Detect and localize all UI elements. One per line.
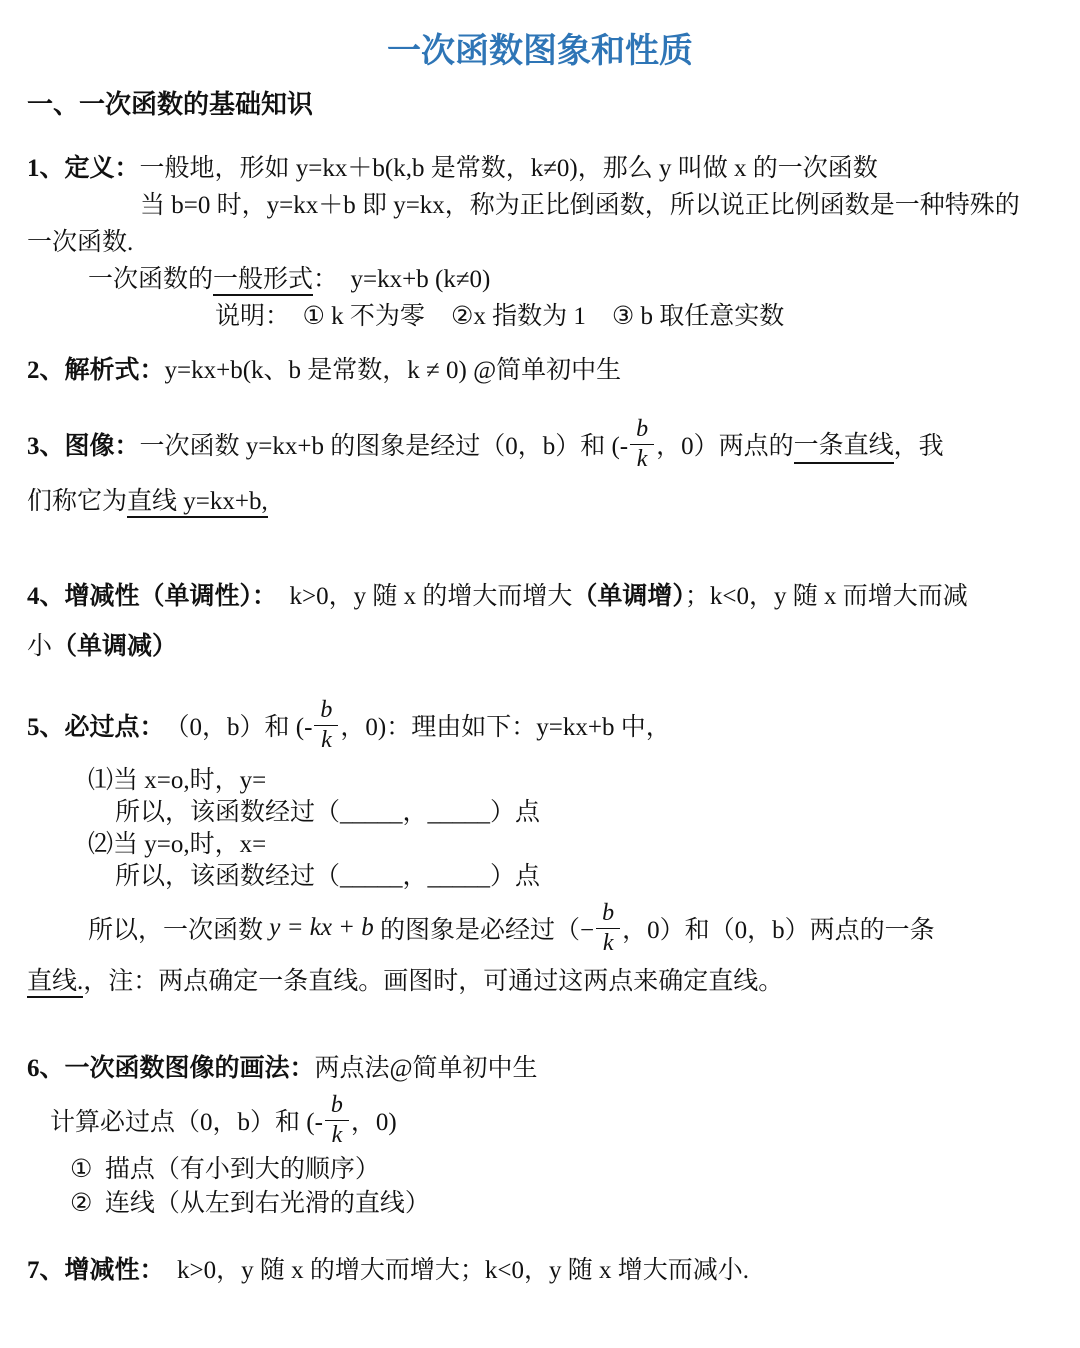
s3-label: 3、图像： bbox=[27, 426, 140, 462]
s5-case2-text: ⑵当 y=o,时，x= bbox=[88, 831, 266, 858]
fraction-numerator: b bbox=[596, 900, 620, 929]
s5-note: 直线.，注：两点确定一条直线。画图时，可通过这两点来确定直线。 bbox=[27, 963, 1047, 1000]
s3-text-2: ，0）两点的 bbox=[656, 426, 794, 462]
section-7-monotonicity: 7、增减性： k>0，y 随 x 的增大而增大；k<0，y 随 x 增大而减小. bbox=[27, 1252, 1047, 1289]
s5-case2-result: 所以，该函数经过（_____，_____）点 bbox=[27, 861, 1047, 893]
s1-line5: 说明： ① k 不为零②x 指数为 1③ b 取任意实数 bbox=[27, 298, 1047, 335]
s3-line2-pre: 们称它为 bbox=[27, 488, 127, 515]
s3-line1: 3、图像：一次函数 y=kx+b 的图象是经过（0，b）和 (-bk，0）两点的… bbox=[27, 405, 1047, 483]
fraction-numerator: b bbox=[314, 697, 338, 726]
s6-step1-text: ① 描点（有小到大的顺序） bbox=[70, 1156, 380, 1183]
s5-note-rest: ，注：两点确定一条直线。画图时，可通过这两点来确定直线。 bbox=[83, 968, 783, 995]
document-page: 一次函数图象和性质 一、一次函数的基础知识 1、定义：一般地，形如 y=kx＋b… bbox=[0, 0, 1080, 1348]
s4-text-1: k>0，y 随 x 的增大而增大 bbox=[277, 583, 572, 610]
fraction-denominator: k bbox=[332, 1121, 343, 1149]
s6-calc-text-1: 计算必过点（0，b）和 (- bbox=[50, 1102, 323, 1138]
s6-step2-text: ② 连线（从左到右光滑的直线） bbox=[70, 1190, 430, 1217]
s7-label: 7、增减性： bbox=[27, 1257, 165, 1284]
s5-case1-result-text: 所以，该函数经过（_____，_____）点 bbox=[115, 799, 540, 826]
s6-calc-line: 计算必过点（0，b）和 (-bk，0) bbox=[27, 1087, 1047, 1153]
s4-line2-text: 小 bbox=[27, 633, 52, 660]
s1-label: 1、定义： bbox=[27, 155, 140, 182]
s6-head: 6、一次函数图像的画法：两点法@简单初中生 bbox=[27, 1050, 1047, 1087]
s1-note-item-1: ① k 不为零 bbox=[303, 303, 425, 330]
s4-label: 4、增减性（单调性）： bbox=[27, 583, 277, 610]
s1-line2: 当 b=0 时，y=kx＋b 即 y=kx，称为正比倒函数，所以说正比例函数是一… bbox=[27, 187, 1047, 224]
section-heading: 一、一次函数的基础知识 bbox=[27, 84, 313, 121]
s5-text-2: ，0)：理由如下：y=kx+b 中， bbox=[340, 707, 670, 743]
section-1-definition: 1、定义：一般地，形如 y=kx＋b(k,b 是常数，k≠0)，那么 y 叫做 … bbox=[27, 150, 1047, 335]
s5-case1-text: ⑴当 x=o,时，y= bbox=[88, 767, 266, 794]
fraction-b-over-k: bk bbox=[630, 416, 654, 473]
s1-line4-underlined-term: 一般形式 bbox=[213, 266, 313, 296]
s6-label: 6、一次函数图像的画法： bbox=[27, 1055, 315, 1082]
s3-text-1: 一次函数 y=kx+b 的图象是经过（0，b）和 (- bbox=[140, 426, 629, 462]
s4-bold-decreasing: （单调减） bbox=[52, 633, 177, 660]
s5-conclusion-text-2: 的图象是必经过（− bbox=[374, 910, 594, 946]
s3-underlined-term: 一条直线 bbox=[794, 425, 894, 464]
s5-conclusion: 所以，一次函数 y = kx + b 的图象是必经过（−bk，0）和（0，b）两… bbox=[27, 893, 1047, 963]
s1-line4-pre: 一次函数的 bbox=[88, 266, 213, 293]
s6-step-2: ② 连线（从左到右光滑的直线） bbox=[27, 1187, 1047, 1221]
s2-line: 2、解析式：y=kx+b(k、b 是常数，k ≠ 0) @简单初中生 bbox=[27, 352, 1047, 389]
s5-conclusion-math: y = kx + b bbox=[269, 914, 374, 942]
s1-line2-text: 当 b=0 时，y=kx＋b 即 y=kx，称为正比倒函数，所以说正比例函数是一… bbox=[140, 192, 1020, 219]
s1-line4: 一次函数的一般形式： y=kx+b (k≠0) bbox=[27, 261, 1047, 298]
s5-case1: ⑴当 x=o,时，y= bbox=[27, 765, 1047, 797]
s7-line: 7、增减性： k>0，y 随 x 的增大而增大；k<0，y 随 x 增大而减小. bbox=[27, 1252, 1047, 1289]
s2-label: 2、解析式： bbox=[27, 357, 165, 384]
section-3-graph: 3、图像：一次函数 y=kx+b 的图象是经过（0，b）和 (-bk，0）两点的… bbox=[27, 405, 1047, 520]
s2-text: y=kx+b(k、b 是常数，k ≠ 0) @简单初中生 bbox=[165, 357, 622, 384]
fraction-b-over-k: bk bbox=[325, 1092, 349, 1149]
s4-line2: 小（单调减） bbox=[27, 622, 1047, 672]
s3-text-3: ，我 bbox=[894, 426, 944, 462]
fraction-denominator: k bbox=[603, 929, 614, 957]
fraction-numerator: b bbox=[630, 416, 654, 445]
s6-head-rest: 两点法@简单初中生 bbox=[315, 1055, 538, 1082]
s1-line5-label: 说明： bbox=[215, 303, 303, 330]
s1-note-item-3: ③ b 取任意实数 bbox=[612, 303, 784, 330]
s1-line4-colon: ： bbox=[313, 266, 351, 293]
s3-line2: 们称它为直线 y=kx+b, bbox=[27, 483, 1047, 520]
page-title: 一次函数图象和性质 bbox=[0, 30, 1080, 74]
section-4-monotonicity: 4、增减性（单调性）： k>0，y 随 x 的增大而增大（单调增）；k<0，y … bbox=[27, 572, 1047, 672]
section-2-formula: 2、解析式：y=kx+b(k、b 是常数，k ≠ 0) @简单初中生 bbox=[27, 352, 1047, 389]
s1-note-item-2: ②x 指数为 1 bbox=[451, 303, 586, 330]
section-5-fixed-points: 5、必过点：（0，b）和 (-bk，0)：理由如下：y=kx+b 中， ⑴当 x… bbox=[27, 685, 1047, 1000]
section-6-drawing-method: 6、一次函数图像的画法：两点法@简单初中生 计算必过点（0，b）和 (-bk，0… bbox=[27, 1050, 1047, 1221]
s1-line4-formula: y=kx+b (k≠0) bbox=[351, 266, 491, 293]
s7-text: k>0，y 随 x 的增大而增大；k<0，y 随 x 增大而减小. bbox=[165, 1257, 749, 1284]
fraction-b-over-k: bk bbox=[596, 900, 620, 957]
s5-text-1: （0，b）和 (- bbox=[165, 707, 313, 743]
fraction-numerator: b bbox=[325, 1092, 349, 1121]
fraction-denominator: k bbox=[637, 445, 648, 473]
s4-line1: 4、增减性（单调性）： k>0，y 随 x 的增大而增大（单调增）；k<0，y … bbox=[27, 572, 1047, 622]
s5-label: 5、必过点： bbox=[27, 707, 165, 743]
s5-conclusion-text-1: 所以，一次函数 bbox=[88, 910, 269, 946]
s5-case2: ⑵当 y=o,时，x= bbox=[27, 829, 1047, 861]
s6-step-1: ① 描点（有小到大的顺序） bbox=[27, 1153, 1047, 1187]
s6-calc-text-2: ，0) bbox=[351, 1102, 397, 1138]
s5-conclusion-text-3: ，0）和（0，b）两点的一条 bbox=[622, 910, 935, 946]
s1-line3: 一次函数. bbox=[27, 224, 1047, 261]
s3-line2-underlined: 直线 y=kx+b, bbox=[127, 488, 268, 518]
s1-line1-text: 一般地，形如 y=kx＋b(k,b 是常数，k≠0)，那么 y 叫做 x 的一次… bbox=[140, 155, 878, 182]
s5-line1: 5、必过点：（0，b）和 (-bk，0)：理由如下：y=kx+b 中， bbox=[27, 685, 1047, 765]
s5-case2-result-text: 所以，该函数经过（_____，_____）点 bbox=[115, 863, 540, 890]
fraction-b-over-k: bk bbox=[314, 697, 338, 754]
s1-line1: 1、定义：一般地，形如 y=kx＋b(k,b 是常数，k≠0)，那么 y 叫做 … bbox=[27, 150, 1047, 187]
s4-bold-increasing: （单调增） bbox=[572, 583, 685, 610]
fraction-denominator: k bbox=[321, 726, 332, 754]
s4-text-2: ；k<0，y 随 x 而增大而减 bbox=[685, 583, 968, 610]
s5-note-underlined: 直线. bbox=[27, 968, 83, 998]
s5-case1-result: 所以，该函数经过（_____，_____）点 bbox=[27, 797, 1047, 829]
s1-line3-text: 一次函数. bbox=[27, 229, 133, 256]
